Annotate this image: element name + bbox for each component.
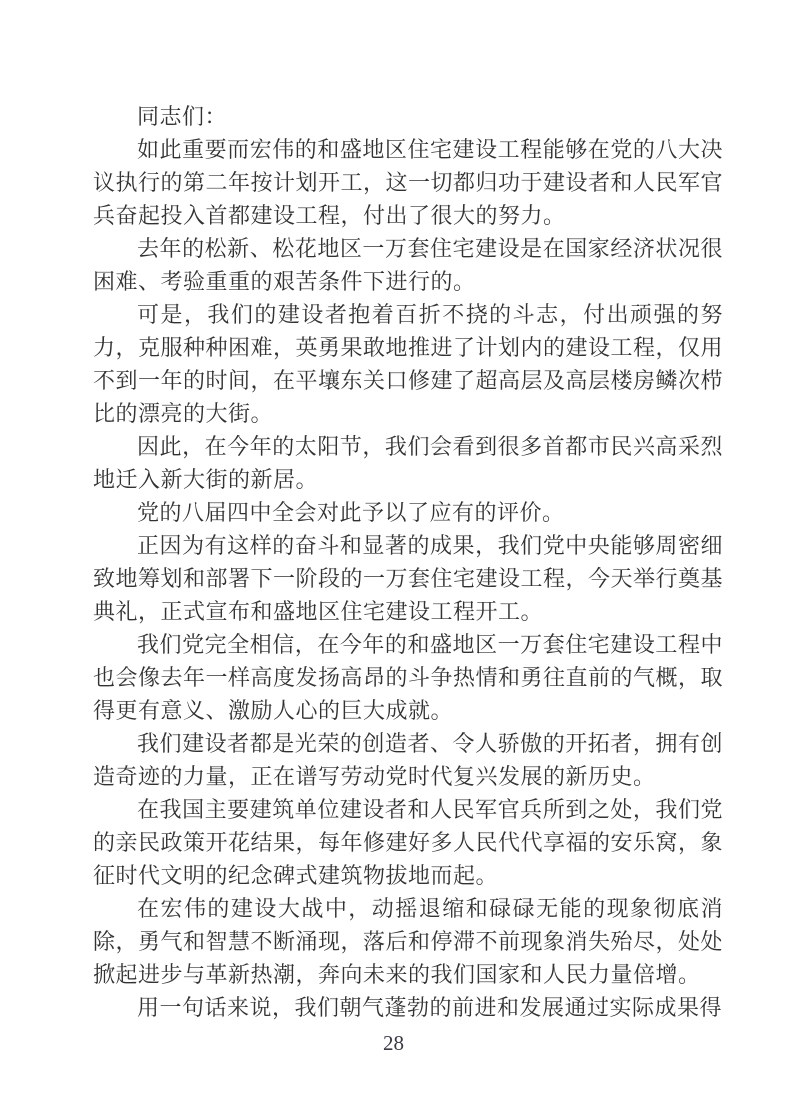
paragraph: 党的八届四中全会对此予以了应有的评价。 xyxy=(93,496,723,529)
paragraph: 在宏伟的建设大战中，动摇退缩和碌碌无能的现象彻底消除，勇气和智慧不断涌现，落后和… xyxy=(93,892,723,991)
paragraph-continued: 用一句话来说，我们朝气蓬勃的前进和发展通过实际成果得 xyxy=(93,991,723,1024)
page-number: 28 xyxy=(0,1030,787,1056)
paragraph: 我们党完全相信，在今年的和盛地区一万套住宅建设工程中也会像去年一样高度发扬高昂的… xyxy=(93,628,723,727)
paragraph: 可是，我们的建设者抱着百折不挠的斗志，付出顽强的努力，克服种种困难，英勇果敢地推… xyxy=(93,298,723,430)
document-body: 同志们： 如此重要而宏伟的和盛地区住宅建设工程能够在党的八大决议执行的第二年按计… xyxy=(93,100,723,1024)
paragraph: 如此重要而宏伟的和盛地区住宅建设工程能够在党的八大决议执行的第二年按计划开工，这… xyxy=(93,133,723,232)
paragraph-salutation: 同志们： xyxy=(93,100,723,133)
paragraph: 我们建设者都是光荣的创造者、令人骄傲的开拓者，拥有创造奇迹的力量，正在谱写劳动党… xyxy=(93,727,723,793)
document-page: 同志们： 如此重要而宏伟的和盛地区住宅建设工程能够在党的八大决议执行的第二年按计… xyxy=(0,0,787,1116)
paragraph: 去年的松新、松花地区一万套住宅建设是在国家经济状况很困难、考验重重的艰苦条件下进… xyxy=(93,232,723,298)
paragraph: 在我国主要建筑单位建设者和人民军官兵所到之处，我们党的亲民政策开花结果，每年修建… xyxy=(93,793,723,892)
paragraph: 因此，在今年的太阳节，我们会看到很多首都市民兴高采烈地迁入新大街的新居。 xyxy=(93,430,723,496)
paragraph: 正因为有这样的奋斗和显著的成果，我们党中央能够周密细致地筹划和部署下一阶段的一万… xyxy=(93,529,723,628)
